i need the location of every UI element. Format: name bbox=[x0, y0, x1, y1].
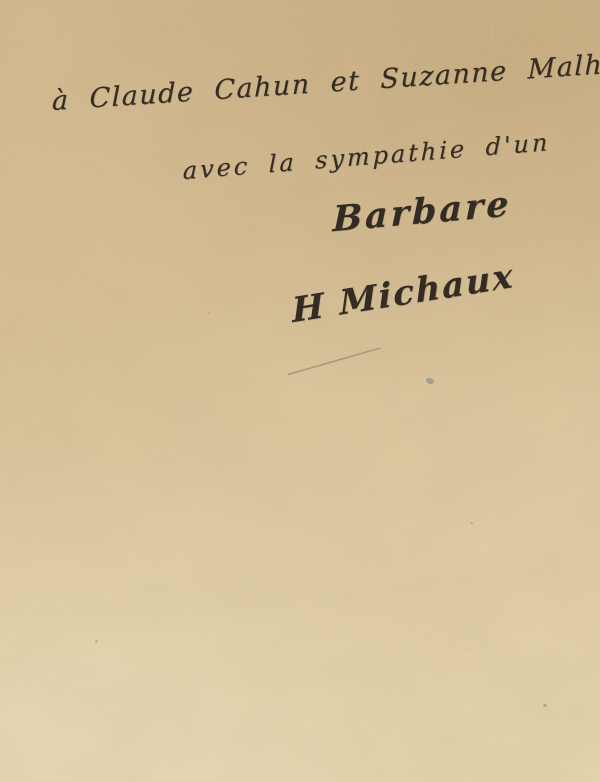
paper-speck bbox=[470, 522, 473, 524]
pencil-scratch-line bbox=[288, 348, 381, 375]
book-page: à Claude Cahun et Suzanne Malherbes avec… bbox=[0, 0, 600, 782]
paper-speck bbox=[95, 640, 98, 643]
author-signature: H Michaux bbox=[291, 256, 515, 331]
dedication-line-sentiment: avec la sympathie d'un bbox=[183, 128, 551, 185]
dedication-line-barbare: Barbare bbox=[332, 183, 512, 240]
paper-speck bbox=[208, 312, 210, 314]
dedication-line-recipients: à Claude Cahun et Suzanne Malherbes bbox=[52, 44, 600, 117]
paper-speck bbox=[543, 704, 547, 707]
paper-speck-blue bbox=[425, 377, 435, 386]
paper-texture bbox=[0, 0, 600, 782]
